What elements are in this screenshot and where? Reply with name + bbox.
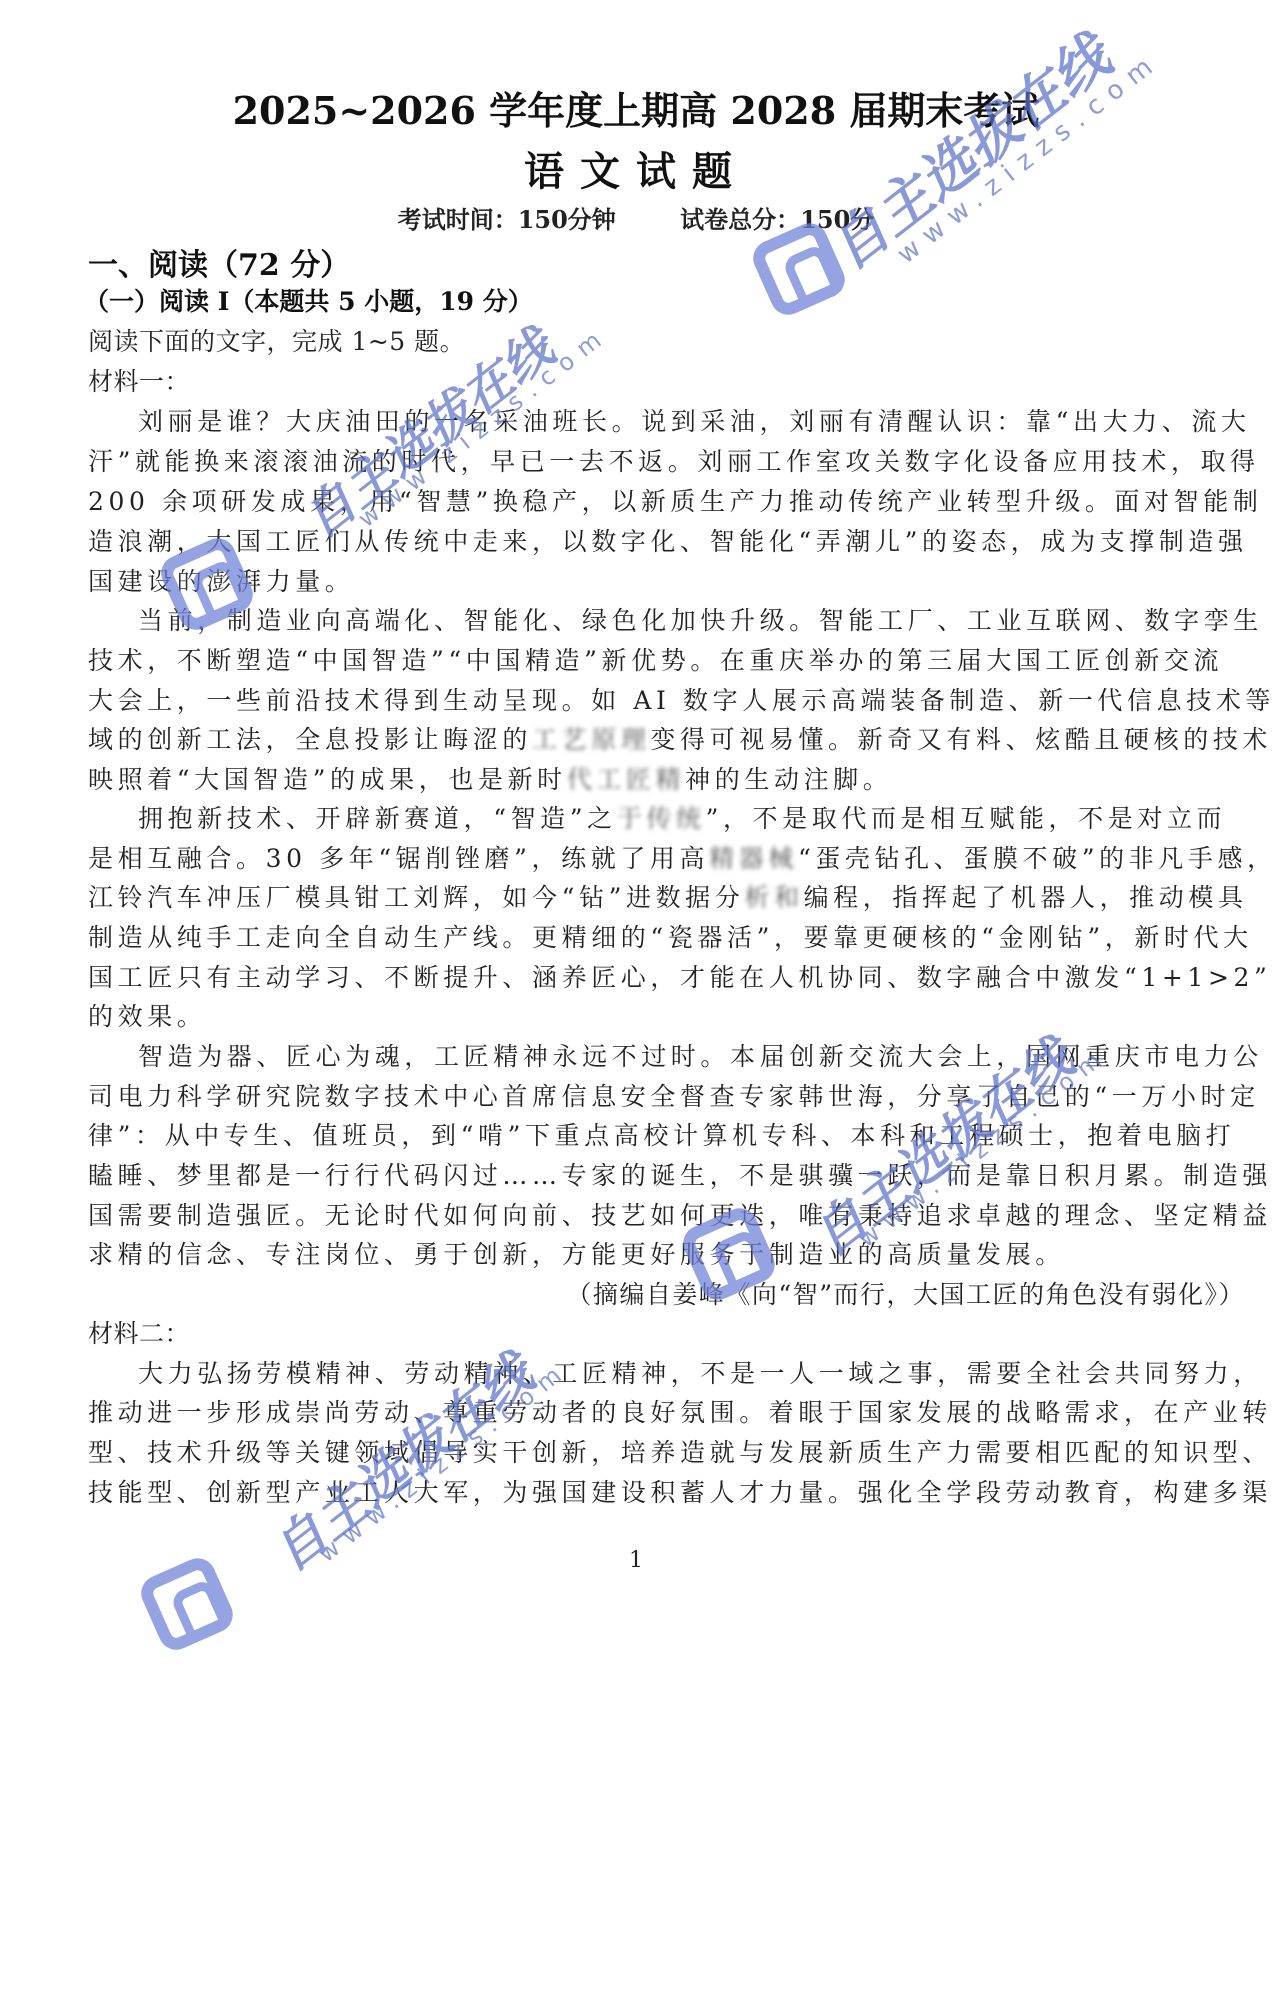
paragraph-line: 刘丽是谁？大庆油田的一名采油班长。说到采油，刘丽有清醒认识：靠“出大力、流大 [88,402,1272,438]
paragraph-line: 国需要制造强匠。无论时代如何向前、技艺如何更迭，唯有秉持追求卓越的理念、坚定精益 [88,1196,1248,1232]
paragraph-line: 国建设的澎湃力量。 [88,562,1248,598]
material-2-label: 材料二： [88,1314,1248,1350]
watermark-logo-icon [148,1565,226,1643]
paragraph-line: 智造为器、匠心为魂，工匠精神永远不过时。本届创新交流大会上，国网重庆市电力公 [88,1037,1272,1073]
paragraph-line: 推动进一步形成崇尚劳动、尊重劳动者的良好氛围。着眼于国家发展的战略需求，在产业转 [88,1393,1248,1429]
paragraph-line: 江铃汽车冲压厂模具钳工刘辉，如今“钻”进数据分析和编程，指挥起了机器人，推动模具 [88,878,1248,914]
paragraph-line: 映照着“大国智造”的成果，也是新时代工匠精神的生动注脚。 [88,760,1248,796]
paragraph-line: 200 余项研发成果，用“智慧”换稳产，以新质生产力推动传统产业转型升级。面对智… [88,482,1248,518]
section-heading: 一、阅读（72 分） [88,240,350,284]
paragraph-line: 造浪潮，大国工匠们从传统中走来，以数字化、智能化“弄潮儿”的姿态，成为支撑制造强 [88,522,1248,558]
paragraph-line: 是相互融合。30 多年“锯削锉磨”，练就了用高精器械“蛋壳钻孔、蛋膜不破”的非凡… [88,839,1248,875]
instruction: 阅读下面的文字，完成 1~5 题。 [88,322,1248,358]
blurred-text: 代工匠精 [567,765,685,794]
paragraph-line: 域的创新工法，全息投影让晦涩的工艺原理变得可视易懂。新奇又有料、炫酷且硬核的技术… [88,720,1248,756]
total-score: 试卷总分：150分 [680,200,874,235]
paragraph-line: 国工匠只有主动学习、不断提升、涵养匠心，才能在人机协同、数字融合中激发“1+1>… [88,958,1248,994]
blurred-text: 于传统 [617,804,706,833]
exam-info: 考试时间：150分钟 试卷总分：150分 [0,200,1272,235]
blurred-text: 精器械 [709,844,798,873]
material-1-label: 材料一： [88,362,1248,398]
blurred-text: 析和 [744,883,803,912]
blurred-text: 工艺原理 [532,725,650,754]
paragraph-line: 制造从纯手工走向全自动生产线。更精细的“瓷器活”，要靠更硬核的“金刚钻”，新时代… [88,918,1248,954]
paragraph-line: 求精的信念、专注岗位、勇于创新，方能更好服务于制造业的高质量发展。 [88,1235,1248,1271]
exam-title: 2025~2026 学年度上期高 2028 届期末考试 [0,80,1272,135]
paragraph-line: 律”：从中专生、值班员，到“啃”下重点高校计算机专科、本科和工程硕士，抱着电脑打 [88,1116,1248,1152]
watermark-logo-icon [760,230,838,308]
exam-time: 考试时间：150分钟 [398,200,616,235]
source-citation: （摘编自姜峰《向“智”而行，大国工匠的角色没有弱化》） [0,1275,1245,1311]
paragraph-line: 技能型、创新型产业工人大军，为强国建设积蓄人才力量。强化全学段劳动教育，构建多渠 [88,1473,1248,1509]
paragraph-line: 的效果。 [88,997,1248,1033]
paragraph-line: 拥抱新技术、开辟新赛道，“智造”之于传统”，不是取代而是相互赋能，不是对立而 [88,799,1272,835]
paragraph-line: 大力弘扬劳模精神、劳动精神、工匠精神，不是一人一域之事，需要全社会共同努力， [88,1354,1272,1390]
subject-title: 语文试题 [0,140,1272,197]
paragraph-line: 当前，制造业向高端化、智能化、绿色化加快升级。智能工厂、工业互联网、数字孪生 [88,601,1272,637]
subsection-heading: （一）阅读 I（本题共 5 小题，19 分） [84,282,533,318]
paragraph-line: 司电力科学研究院数字技术中心首席信息安全督查专家韩世海，分享了自己的“一万小时定 [88,1077,1248,1113]
paragraph-line: 瞌睡、梦里都是一行行代码闪过……专家的诞生，不是骐骥一跃，而是靠日积月累。制造强 [88,1156,1248,1192]
paragraph-line: 汗”就能换来滚滚油流的时代，早已一去不返。刘丽工作室攻关数字化设备应用技术，取得 [88,442,1248,478]
exam-page: 2025~2026 学年度上期高 2028 届期末考试 语文试题 考试时间：15… [0,0,1272,2004]
paragraph-line: 大会上，一些前沿技术得到生动呈现。如 AI 数字人展示高端装备制造、新一代信息技… [88,681,1248,717]
paragraph-line: 型、技术升级等关键领域倡导实干创新，培养造就与发展新质生产力需要相匹配的知识型、 [88,1433,1248,1469]
paragraph-line: 技术，不断塑造“中国智造”“中国精造”新优势。在重庆举办的第三届大国工匠创新交流 [88,641,1248,677]
page-number: 1 [0,1548,1272,1573]
